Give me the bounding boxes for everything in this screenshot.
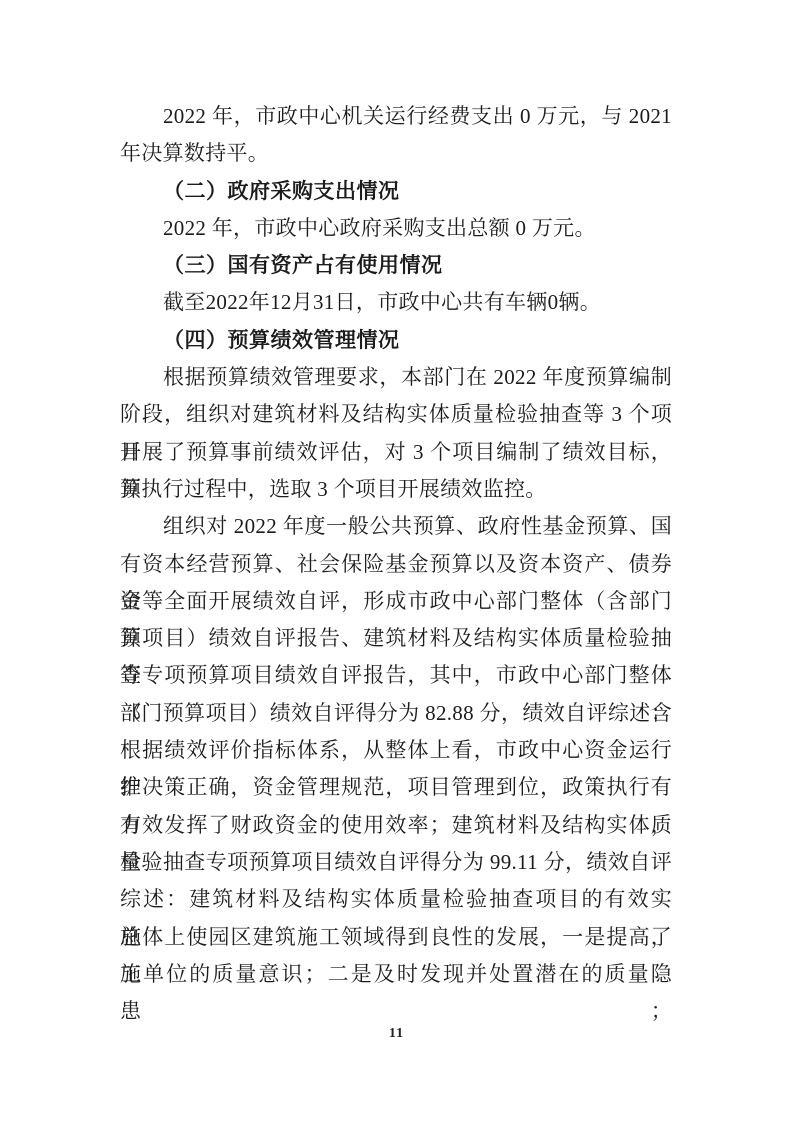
text-line: 组织对 2022 年度一般公共预算、政府性基金预算、国 [120,508,672,545]
heading-line: （二）政府采购支出情况 [120,173,672,210]
text-line: 算执行过程中，选取 3 个项目开展绩效监控。 [120,471,672,508]
text-line: 检验抽查专项预算项目绩效自评得分为 99.11 分，绩效自评 [120,844,672,881]
text-line: 算项目）绩效自评报告、建筑材料及结构实体质量检验抽查 [120,620,672,657]
document-page: 2022 年，市政中心机关运行经费支出 0 万元，与 2021 年决算数持平。 … [0,0,793,1122]
section-heading: （四）预算绩效管理情况 [120,322,672,359]
page-number: 11 [0,1026,793,1042]
paragraph: 2022 年，市政中心政府采购支出总额 0 万元。 [120,210,672,247]
text-line: 等专项预算项目绩效自评报告，其中，市政中心部门整体（含 [120,657,672,694]
text-line: 开展了预算事前绩效评估，对 3 个项目编制了绩效目标，预 [120,434,672,471]
text-line: 根据绩效评价指标体系，从整体上看，市政中心资金运行维 [120,732,672,769]
section-heading: （二）政府采购支出情况 [120,173,672,210]
text-line: 有资本经营预算、社会保险基金预算以及资本资产、债券资 [120,546,672,583]
paragraph: 组织对 2022 年度一般公共预算、政府性基金预算、国 有资本经营预算、社会保险… [120,508,672,993]
text-line: 2022 年，市政中心政府采购支出总额 0 万元。 [120,210,672,247]
text-line: 工单位的质量意识；二是及时发现并处置潜在的质量隐患； [120,956,672,993]
text-line: 总体上使园区建筑施工领域得到良性的发展，一是提高了施 [120,919,672,956]
text-line: 护决策正确，资金管理规范，项目管理到位，政策执行有力， [120,769,672,806]
text-line: 部门预算项目）绩效自评得分为 82.88 分，绩效自评综述： [120,695,672,732]
paragraph: 截至2022年12月31日，市政中心共有车辆0辆。 [120,284,672,321]
text-line: 根据预算绩效管理要求，本部门在 2022 年度预算编制 [120,359,672,396]
text-line: 截至2022年12月31日，市政中心共有车辆0辆。 [120,284,672,321]
section-heading: （三）国有资产占有使用情况 [120,247,672,284]
text-line: 金等全面开展绩效自评，形成市政中心部门整体（含部门预 [120,583,672,620]
text-line: 综述：建筑材料及结构实体质量检验抽查项目的有效实施， [120,881,672,918]
heading-line: （四）预算绩效管理情况 [120,322,672,359]
text-line: 有效发挥了财政资金的使用效率；建筑材料及结构实体质量 [120,807,672,844]
paragraph: 根据预算绩效管理要求，本部门在 2022 年度预算编制 阶段，组织对建筑材料及结… [120,359,672,508]
heading-line: （三）国有资产占有使用情况 [120,247,672,284]
text-line: 年决算数持平。 [120,135,672,172]
text-line: 阶段，组织对建筑材料及结构实体质量检验抽查等 3 个项目 [120,396,672,433]
document-body: 2022 年，市政中心机关运行经费支出 0 万元，与 2021 年决算数持平。 … [120,98,672,993]
paragraph: 2022 年，市政中心机关运行经费支出 0 万元，与 2021 年决算数持平。 [120,98,672,173]
text-line: 2022 年，市政中心机关运行经费支出 0 万元，与 2021 [120,98,672,135]
